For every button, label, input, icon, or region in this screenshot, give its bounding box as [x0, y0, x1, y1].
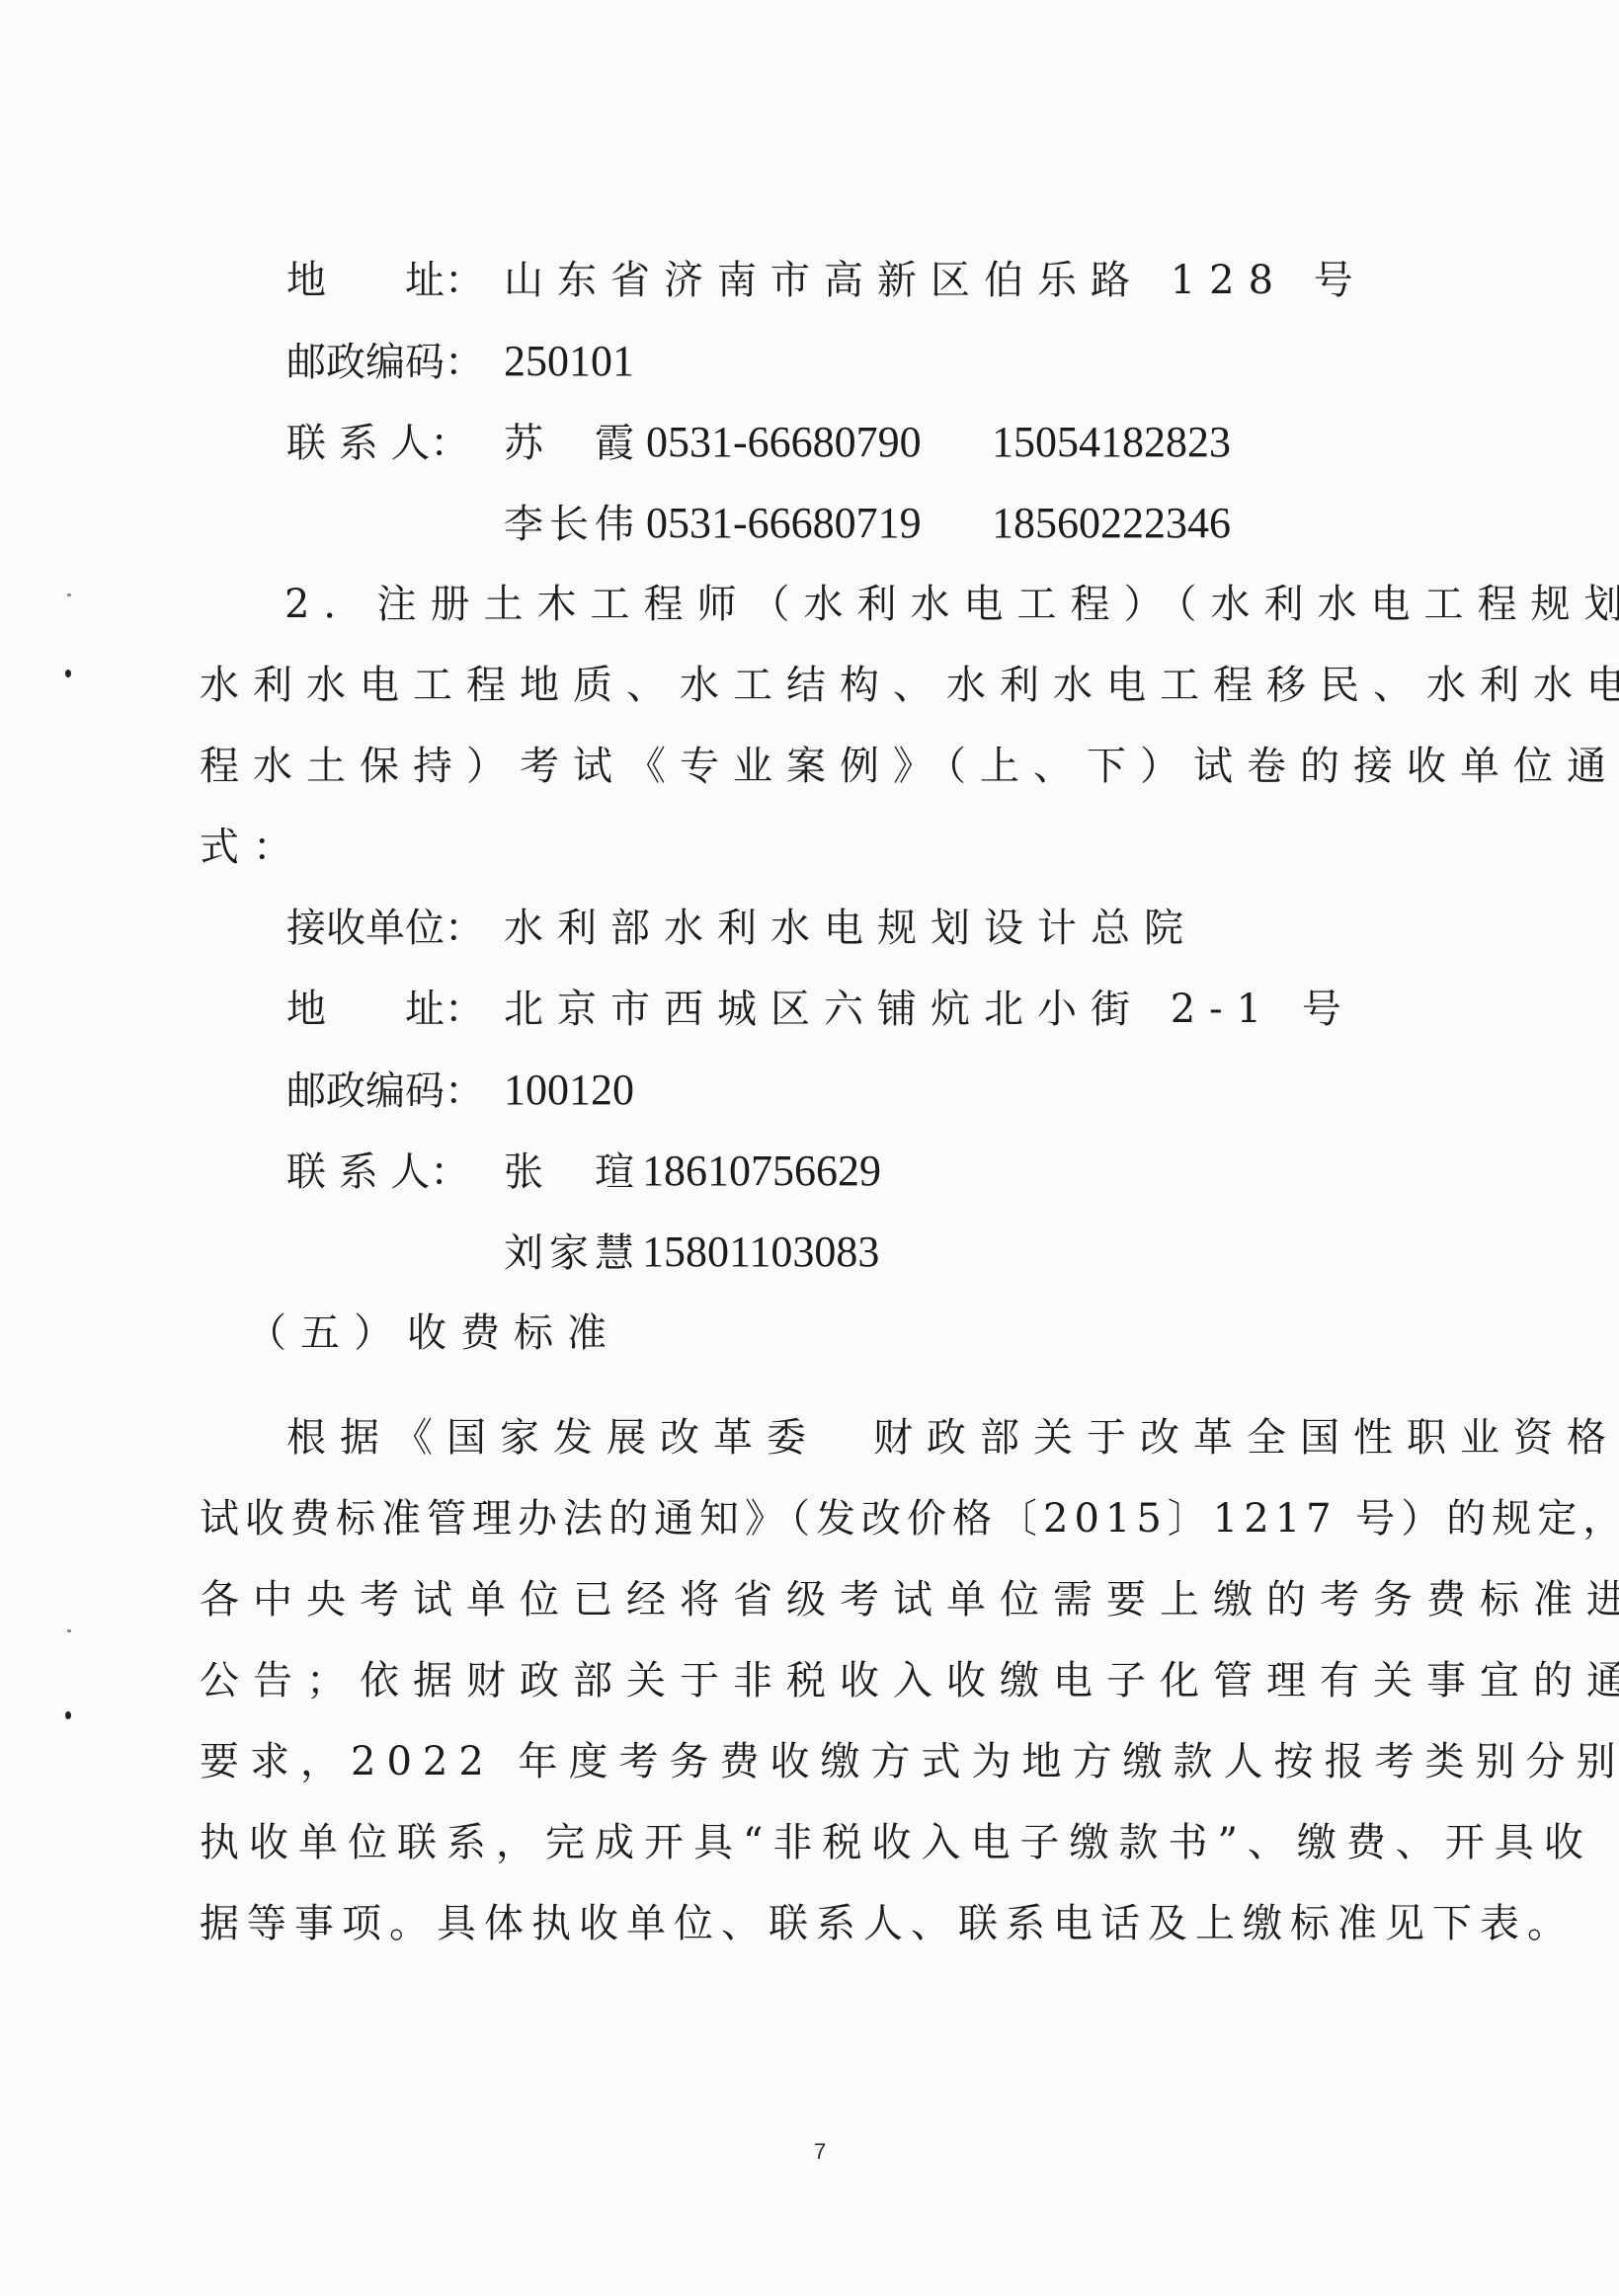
address-line-1: 地 址：山东省济南市高新区伯乐路 128 号	[286, 255, 1531, 306]
page-number: 7	[814, 2139, 826, 2165]
fee-section-heading: （五）收费标准	[247, 1307, 1492, 1359]
item-2-line: 式：	[200, 822, 1444, 873]
contact-mobile: 18610756629	[642, 1146, 881, 1197]
contact-line-2b: 刘家慧15801103083	[286, 1227, 1531, 1278]
address-value: 山东省济南市高新区伯乐路 128 号	[504, 258, 1367, 303]
unit-line-2: 接收单位：水利部水利水电规划设计总院	[286, 903, 1531, 954]
contact-name: 苏 霞	[504, 418, 642, 469]
fee-paragraph-line: 执收单位联系，完成开具“非税收入电子缴款书”、缴费、开具收	[200, 1817, 1444, 1868]
item-2-line: 程水土保持）考试《专业案例》（上、下）试卷的接收单位通讯方	[200, 741, 1444, 792]
fee-paragraph-line: 各中央考试单位已经将省级考试单位需要上缴的考务费标准进行	[200, 1574, 1444, 1625]
contact-name: 刘家慧	[504, 1227, 642, 1279]
postal-label: 邮政编码：	[286, 337, 504, 388]
unit-value: 水利部水利水电规划设计总院	[504, 906, 1197, 951]
address-line-2: 地 址：北京市西城区六铺炕北小街 2-1 号	[286, 984, 1531, 1035]
unit-label: 接收单位：	[286, 903, 504, 954]
fee-paragraph-line: 根据《国家发展改革委 财政部关于改革全国性职业资格考	[286, 1412, 1531, 1464]
postal-line-1: 邮政编码：250101	[286, 336, 1531, 387]
contact-line-1a: 联 系 人：苏 霞0531-6668079015054182823	[286, 417, 1531, 468]
item-2-line: 水利水电工程地质、水工结构、水利水电工程移民、水利水电工	[200, 660, 1444, 711]
fee-paragraph-line: 公告；依据财政部关于非税收入收缴电子化管理有关事宜的通知	[200, 1655, 1444, 1706]
contact-mobile: 18560222346	[992, 498, 1231, 549]
postal-value: 250101	[504, 336, 634, 387]
fee-paragraph-line: 试收费标准管理办法的通知》（发改价格〔2015〕1217 号）的规定，	[200, 1493, 1444, 1544]
contact-label: 联 系 人：	[286, 418, 504, 469]
margin-mark	[65, 670, 71, 677]
contact-line-2a: 联 系 人：张 瑄18610756629	[286, 1146, 1531, 1197]
address-value: 北京市西城区六铺炕北小街 2-1 号	[504, 987, 1355, 1032]
margin-mark	[67, 594, 71, 596]
item-2-line: 2．注册土木工程师（水利水电工程）（水利水电工程规划、	[284, 579, 1529, 630]
contact-mobile: 15801103083	[642, 1227, 879, 1278]
contact-name: 李长伟	[504, 499, 642, 550]
contact-line-1b: 李长伟0531-6668071918560222346	[286, 498, 1531, 549]
fee-paragraph-line: 据等事项。具体执收单位、联系人、联系电话及上缴标准见下表。	[200, 1898, 1444, 1949]
fee-paragraph-line: 要求，2022 年度考务费收缴方式为地方缴款人按报考类别分别与	[200, 1736, 1444, 1787]
address-label: 地 址：	[286, 984, 504, 1035]
document-page: 地 址：山东省济南市高新区伯乐路 128 号 邮政编码：250101 联 系 人…	[0, 0, 1619, 2296]
contact-mobile: 15054182823	[992, 417, 1231, 468]
postal-line-2: 邮政编码：100120	[286, 1065, 1531, 1116]
margin-mark	[67, 1629, 71, 1632]
contact-name: 张 瑄	[504, 1147, 642, 1198]
margin-mark	[65, 1711, 71, 1719]
postal-label: 邮政编码：	[286, 1066, 504, 1117]
address-label: 地 址：	[286, 255, 504, 306]
contact-phone: 0531-66680790	[646, 417, 952, 468]
postal-value: 100120	[504, 1065, 634, 1116]
contact-label: 联 系 人：	[286, 1147, 504, 1198]
contact-phone: 0531-66680719	[646, 498, 952, 549]
